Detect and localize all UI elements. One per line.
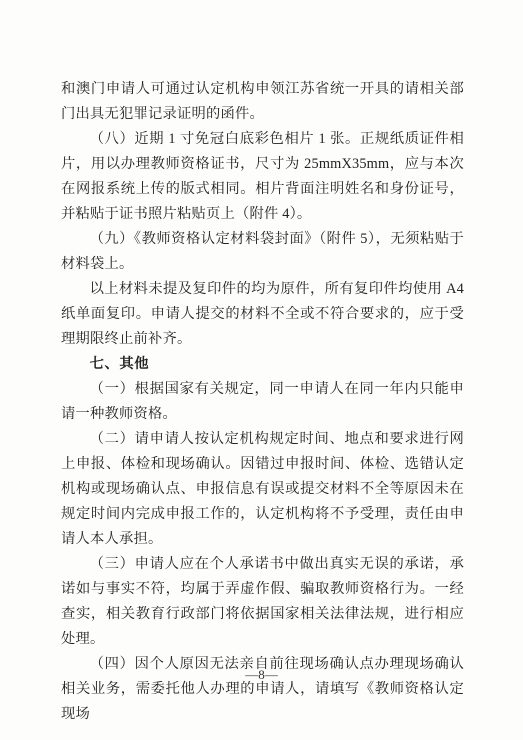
paragraph-item-2-deadlines: （二）请申请人按认定机构规定时间、地点和要求进行网上申报、体检和现场确认。因错过…: [61, 427, 464, 552]
paragraph-item-9-envelope-cover: （九）《教师资格认定材料袋封面》（附件 5），无须粘贴于材料袋上。: [61, 227, 464, 277]
document-page: 和澳门申请人可通过认定机构申领江苏省统一开具的请相关部门出具无犯罪记录证明的函件…: [0, 0, 523, 740]
section-heading-seven-other: 七、其他: [61, 352, 464, 377]
paragraph-item-3-commitment: （三）申请人应在个人承诺书中做出真实无误的承诺，承诺如与事实不符，均属于弄虚作假…: [61, 552, 464, 652]
paragraph-item-1-one-qualification: （一）根据国家有关规定，同一申请人在同一年内只能申请一种教师资格。: [61, 377, 464, 427]
paragraph-materials-note: 以上材料未提及复印件的均为原件，所有复印件均使用 A4 纸单面复印。申请人提交的…: [61, 277, 464, 352]
document-text-body: 和澳门申请人可通过认定机构申领江苏省统一开具的请相关部门出具无犯罪记录证明的函件…: [61, 77, 464, 727]
page-number: —8—: [0, 667, 523, 683]
paragraph-item-8-photo: （八）近期 1 寸免冠白底彩色相片 1 张。正规纸质证件相片，用以办理教师资格证…: [61, 127, 464, 227]
paragraph-continuation: 和澳门申请人可通过认定机构申领江苏省统一开具的请相关部门出具无犯罪记录证明的函件…: [61, 77, 464, 127]
paragraph-item-4-delegation: （四）因个人原因无法亲自前往现场确认点办理现场确认相关业务，需委托他人办理的申请…: [61, 652, 464, 727]
